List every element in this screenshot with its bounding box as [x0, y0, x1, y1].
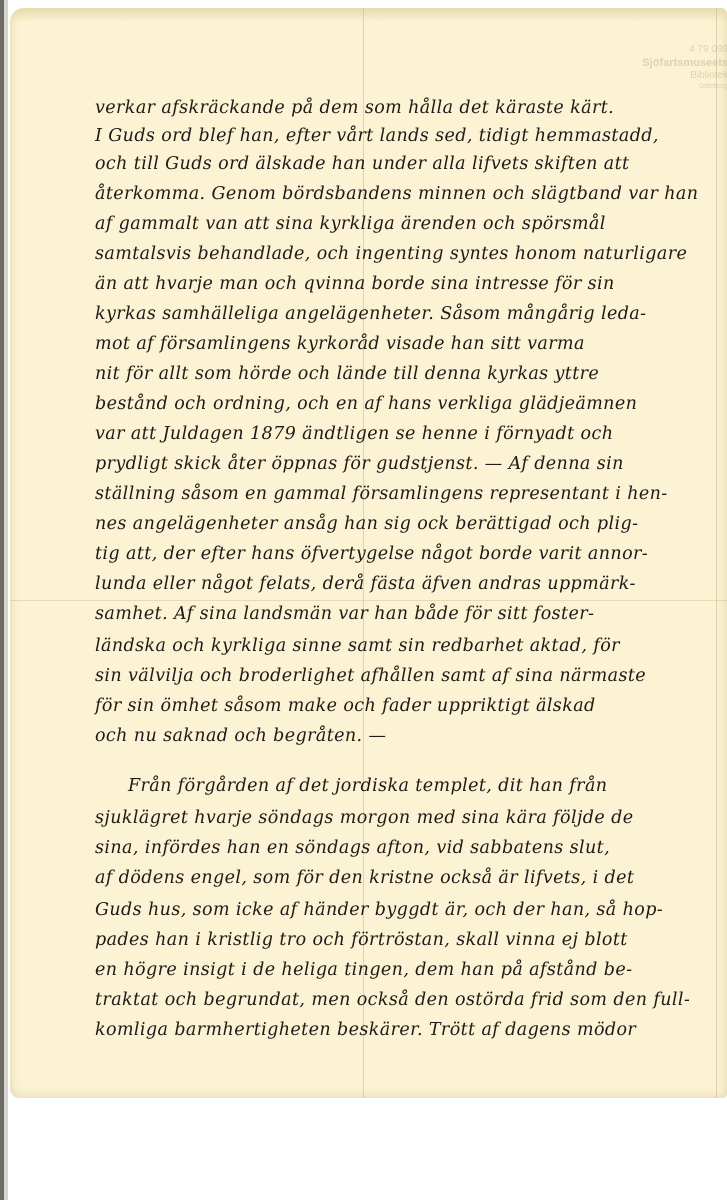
manuscript-line: I Guds ord blef han, efter vårt lands se…: [95, 126, 659, 146]
manuscript-text: verkar afskräckande på dem som hålla det…: [0, 0, 727, 1200]
manuscript-line: sina, infördes han en söndags afton, vid…: [95, 838, 610, 858]
manuscript-line: verkar afskräckande på dem som hålla det…: [95, 98, 614, 118]
manuscript-line: komliga barmhertigheten beskärer. Trött …: [95, 1020, 636, 1040]
manuscript-line: traktat och begrundat, men också den ost…: [95, 990, 690, 1010]
manuscript-line: tig att, der efter hans öfvertygelse någ…: [95, 544, 648, 564]
manuscript-line: samhet. Af sina landsmän var han både fö…: [95, 604, 594, 624]
manuscript-line: af dödens engel, som för den kristne ock…: [95, 868, 634, 888]
manuscript-line: nes angelägenheter ansåg han sig ock ber…: [95, 514, 638, 534]
manuscript-line: ställning såsom en gammal församlingens …: [95, 484, 668, 504]
manuscript-line: pades han i kristlig tro och förtröstan,…: [95, 930, 628, 950]
manuscript-line: Guds hus, som icke af händer byggdt är, …: [95, 900, 663, 920]
manuscript-line: lunda eller något felats, derå fästa äfv…: [95, 574, 636, 594]
manuscript-line: en högre insigt i de heliga tingen, dem …: [95, 960, 632, 980]
manuscript-line: sin välvilja och broderlighet afhållen s…: [95, 666, 646, 686]
manuscript-line: var att Juldagen 1879 ändtligen se henne…: [95, 424, 613, 444]
manuscript-line: än att hvarje man och qvinna borde sina …: [95, 274, 615, 294]
manuscript-line: Från förgården af det jordiska templet, …: [128, 776, 607, 796]
manuscript-line: mot af församlingens kyrkoråd visade han…: [95, 334, 585, 354]
manuscript-line: bestånd och ordning, och en af hans verk…: [95, 394, 637, 414]
manuscript-line: samtalsvis behandlade, och ingenting syn…: [95, 244, 687, 264]
manuscript-line: och nu saknad och begråten. —: [95, 726, 386, 746]
manuscript-line: sjuklägret hvarje söndags morgon med sin…: [95, 808, 633, 828]
manuscript-line: kyrkas samhälleliga angelägenheter. Såso…: [95, 304, 646, 324]
manuscript-line: ländska och kyrkliga sinne samt sin redb…: [95, 636, 620, 656]
manuscript-line: nit för allt som hörde och lände till de…: [95, 364, 599, 384]
manuscript-line: prydligt skick åter öppnas för gudstjens…: [95, 454, 624, 474]
manuscript-line: och till Guds ord älskade han under alla…: [95, 154, 629, 174]
manuscript-line: af gammalt van att sina kyrkliga ärenden…: [95, 214, 606, 234]
manuscript-line: återkomma. Genom bördsbandens minnen och…: [95, 184, 698, 204]
manuscript-line: för sin ömhet såsom make och fader uppri…: [95, 696, 596, 716]
